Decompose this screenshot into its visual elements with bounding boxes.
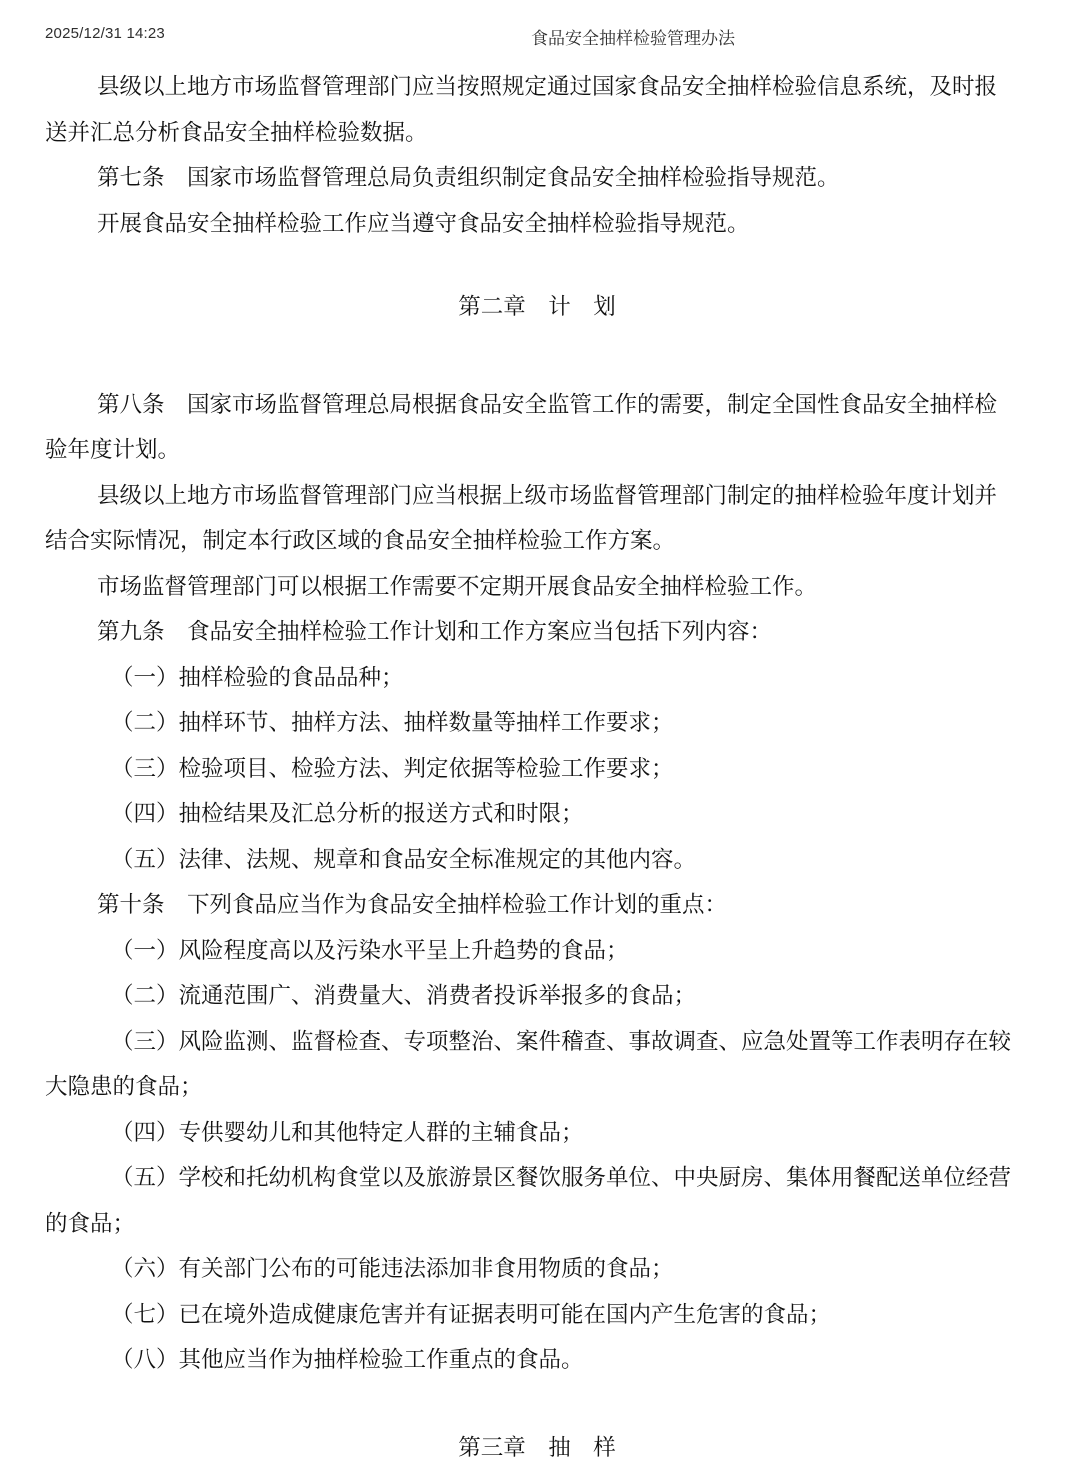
text-line: 县级以上地方市场监督管理部门应当按照规定通过国家食品安全抽样检验信息系统，及时报	[45, 64, 1029, 110]
text-line: 市场监督管理部门可以根据工作需要不定期开展食品安全抽样检验工作。	[45, 564, 1029, 610]
list-item: （五）学校和托幼机构食堂以及旅游景区餐饮服务单位、中央厨房、集体用餐配送单位经营	[45, 1155, 1029, 1201]
document-page: 2025/12/31 14:23 食品安全抽样检验管理办法 县级以上地方市场监督…	[0, 0, 1074, 1474]
text-line: 验年度计划。	[45, 427, 1029, 473]
list-item: （七）已在境外造成健康危害并有证据表明可能在国内产生危害的食品；	[45, 1292, 1029, 1338]
article-8-line: 第八条 国家市场监督管理总局根据食品安全监管工作的需要，制定全国性食品安全抽样检	[45, 382, 1029, 428]
article-10-line: 第十条 下列食品应当作为食品安全抽样检验工作计划的重点：	[45, 882, 1029, 928]
text-line: 的食品；	[45, 1201, 1029, 1247]
article-7-line: 第七条 国家市场监督管理总局负责组织制定食品安全抽样检验指导规范。	[45, 155, 1029, 201]
header-datetime: 2025/12/31 14:23	[45, 25, 165, 42]
list-item: （二）抽样环节、抽样方法、抽样数量等抽样工作要求；	[45, 700, 1029, 746]
list-item: （三）检验项目、检验方法、判定依据等检验工作要求；	[45, 746, 1029, 792]
text-line: 大隐患的食品；	[45, 1064, 1029, 1110]
list-item: （五）法律、法规、规章和食品安全标准规定的其他内容。	[45, 837, 1029, 883]
article-9-line: 第九条 食品安全抽样检验工作计划和工作方案应当包括下列内容：	[45, 609, 1029, 655]
document-body: 县级以上地方市场监督管理部门应当按照规定通过国家食品安全抽样检验信息系统，及时报…	[45, 64, 1029, 1470]
text-line: 开展食品安全抽样检验工作应当遵守食品安全抽样检验指导规范。	[45, 201, 1029, 247]
list-item: （八）其他应当作为抽样检验工作重点的食品。	[45, 1337, 1029, 1383]
list-item: （六）有关部门公布的可能违法添加非食用物质的食品；	[45, 1246, 1029, 1292]
list-item: （二）流通范围广、消费量大、消费者投诉举报多的食品；	[45, 973, 1029, 1019]
list-item: （三）风险监测、监督检查、专项整治、案件稽查、事故调查、应急处置等工作表明存在较	[45, 1019, 1029, 1065]
chapter-heading-3: 第三章 抽 样	[45, 1425, 1029, 1471]
header-doc-title: 食品安全抽样检验管理办法	[531, 24, 735, 49]
text-line: 结合实际情况，制定本行政区域的食品安全抽样检验工作方案。	[45, 518, 1029, 564]
text-line: 送并汇总分析食品安全抽样检验数据。	[45, 110, 1029, 156]
list-item: （四）专供婴幼儿和其他特定人群的主辅食品；	[45, 1110, 1029, 1156]
chapter-heading-2: 第二章 计 划	[45, 284, 1029, 330]
text-line: 县级以上地方市场监督管理部门应当根据上级市场监督管理部门制定的抽样检验年度计划并	[45, 473, 1029, 519]
list-item: （四）抽检结果及汇总分析的报送方式和时限；	[45, 791, 1029, 837]
list-item: （一）抽样检验的食品品种；	[45, 655, 1029, 701]
list-item: （一）风险程度高以及污染水平呈上升趋势的食品；	[45, 928, 1029, 974]
